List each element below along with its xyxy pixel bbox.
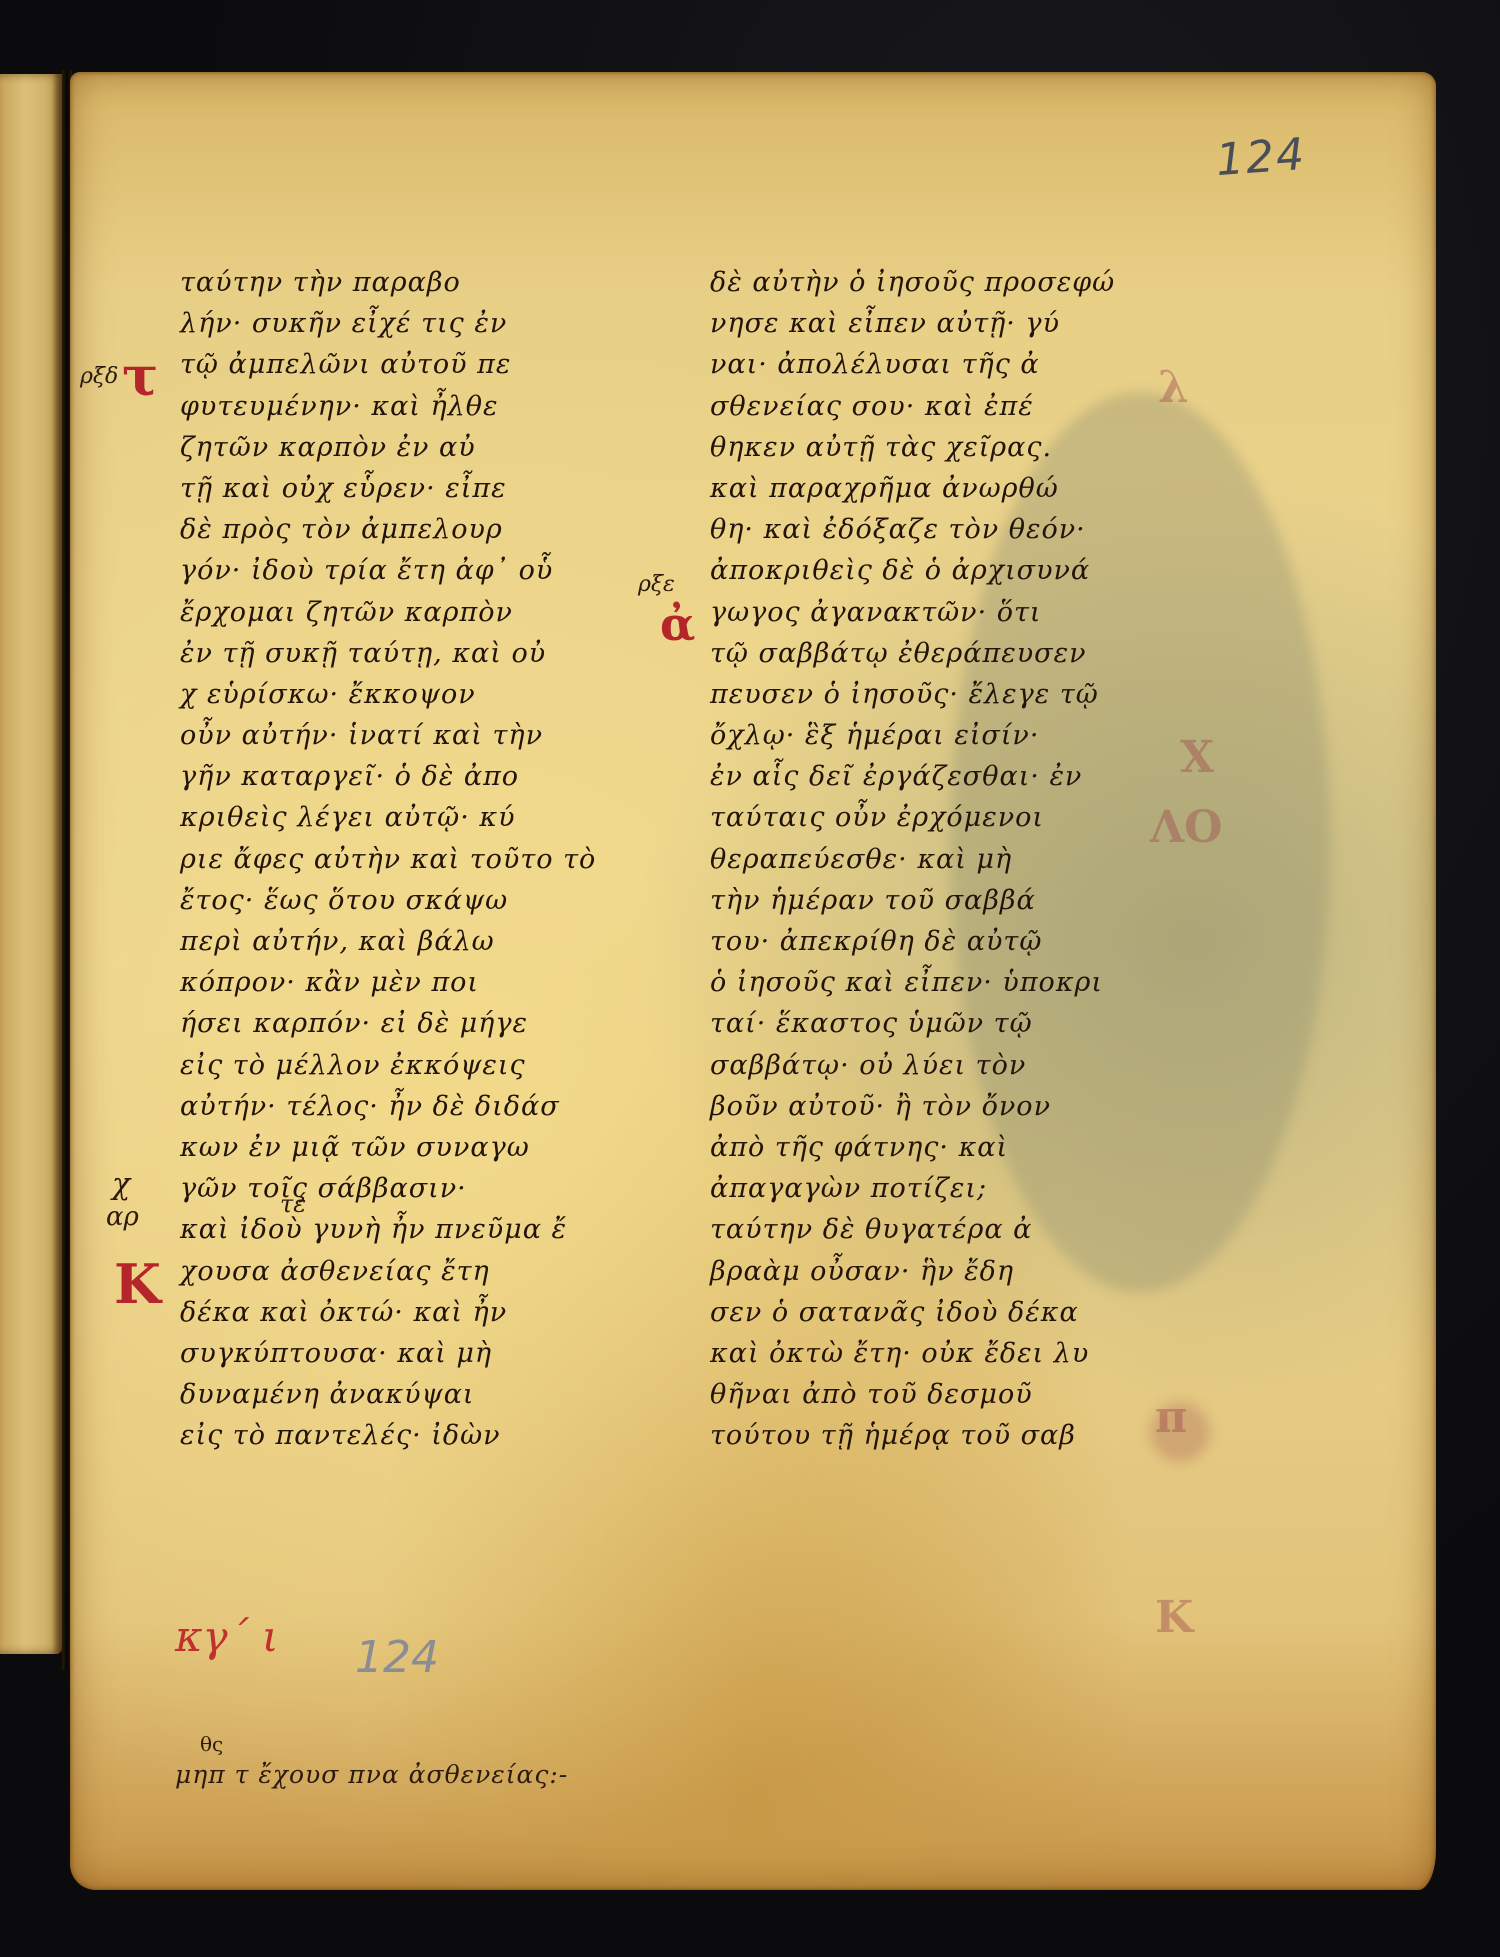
text-line: σθενείας σου· καὶ ἐπέ xyxy=(710,386,1160,427)
text-line: σεν ὁ σατανᾶς ἰδοὺ δέκα xyxy=(710,1292,1160,1333)
text-line: χουσα ἀσθενείας ἔτη xyxy=(180,1251,630,1292)
text-line: ἐν αἷς δεῖ ἐργάζεσθαι· ἐν xyxy=(710,756,1160,797)
text-line: ταύταις οὖν ἐρχόμενοι xyxy=(710,797,1160,838)
folio-number: 124 xyxy=(1214,129,1307,186)
text-line: ταύτην δὲ θυγατέρα ἀ xyxy=(710,1209,1160,1250)
text-line: ὁ ἰησοῦς καὶ εἶπεν· ὑποκρι xyxy=(710,962,1160,1003)
section-number-note: ρξε xyxy=(638,572,675,597)
faded-rubric: λ xyxy=(1158,362,1189,413)
text-line: τῷ σαββάτῳ ἐθεράπευσεν xyxy=(710,633,1160,674)
text-line: οὖν αὐτήν· ἱνατί καὶ τὴν xyxy=(180,715,630,756)
text-line: ήσει καρπόν· εἰ δὲ μήγε xyxy=(180,1003,630,1044)
colophon-line: μηπ τ ἔχουσ πνα ἀσθενείας:- xyxy=(175,1760,568,1789)
rubric-initial: τ xyxy=(122,344,158,408)
rubric-initial: Κ xyxy=(114,1252,161,1316)
text-line: ἀπαγαγὼν ποτίζει; xyxy=(710,1168,1160,1209)
text-line: ταί· ἕκαστος ὑμῶν τῷ xyxy=(710,1003,1160,1044)
text-line: δυναμένη ἀνακύψαι xyxy=(180,1374,630,1415)
text-line: φυτευμένην· καὶ ἦλθε xyxy=(180,386,630,427)
text-line: τούτου τῇ ἡμέρᾳ τοῦ σαβ xyxy=(710,1415,1160,1456)
text-line: τὴν ἡμέραν τοῦ σαββά xyxy=(710,880,1160,921)
facing-page-edge xyxy=(0,74,62,1654)
text-line: ἐν τῇ συκῇ ταύτῃ, καὶ οὐ xyxy=(180,633,630,674)
text-line: συγκύπτουσα· καὶ μὴ xyxy=(180,1333,630,1374)
colophon-superscript: θς xyxy=(200,1732,223,1756)
text-line: ζητῶν καρπὸν ἐν αὐ xyxy=(180,427,630,468)
text-line: νησε καὶ εἶπεν αὐτῇ· γύ xyxy=(710,303,1160,344)
rubric-margin-note: αρ xyxy=(106,1202,139,1232)
text-line: χ εὑρίσκω· ἔκκοψον xyxy=(180,674,630,715)
text-line: ναι· ἀπολέλυσαι τῆς ἀ xyxy=(710,344,1160,385)
text-line: πευσεν ὁ ἰησοῦς· ἔλεγε τῷ xyxy=(710,674,1160,715)
text-line: δὲ πρὸς τὸν ἀμπελουρ xyxy=(180,509,630,550)
text-line: ὄχλῳ· ἓξ ἡμέραι εἰσίν· xyxy=(710,715,1160,756)
pencil-folio-number: 124 xyxy=(355,1632,439,1683)
text-line: καὶ ὀκτὼ ἔτη· οὐκ ἔδει λυ xyxy=(710,1333,1160,1374)
text-line: γῶν τοῖς σάββασιν· xyxy=(180,1168,630,1209)
text-line: ριε ἄφες αὐτὴν καὶ τοῦτο τὸ xyxy=(180,839,630,880)
text-line: γωγος ἀγανακτῶν· ὅτι xyxy=(710,592,1160,633)
text-line: περὶ αὐτήν, καὶ βάλω xyxy=(180,921,630,962)
faded-rubric: ΛΟ xyxy=(1150,802,1222,853)
rubric-initial: ἀ xyxy=(660,597,695,651)
text-line: τῇ καὶ οὐχ εὗρεν· εἶπε xyxy=(180,468,630,509)
faded-rubric: Χ xyxy=(1180,732,1214,783)
text-line: βοῦν αὐτοῦ· ἢ τὸν ὄνον xyxy=(710,1086,1160,1127)
text-line: γῆν καταργεῖ· ὁ δὲ ἀπο xyxy=(180,756,630,797)
faded-rubric: π xyxy=(1155,1392,1187,1443)
text-line: αὐτήν· τέλος· ἦν δὲ διδάσ xyxy=(180,1086,630,1127)
text-line: βραὰμ οὖσαν· ἣν ἔδη xyxy=(710,1251,1160,1292)
rubric-margin-note: χ xyxy=(112,1167,130,1202)
text-line: δὲ αὐτὴν ὁ ἰησοῦς προσεφώ xyxy=(710,262,1160,303)
text-line: ἀποκριθεὶς δὲ ὁ ἀρχισυνά xyxy=(710,550,1160,591)
faded-rubric: Κ xyxy=(1155,1592,1193,1643)
text-line: εἰς τὸ παντελές· ἰδὼν xyxy=(180,1415,630,1456)
text-line: ταύτην τὴν παραβο xyxy=(180,262,630,303)
text-line: θεραπεύεσθε· καὶ μὴ xyxy=(710,839,1160,880)
text-line: ἀπὸ τῆς φάτνης· καὶ xyxy=(710,1127,1160,1168)
text-line: του· ἀπεκρίθη δὲ αὐτῷ xyxy=(710,921,1160,962)
text-line: καὶ παραχρῆμα ἀνωρθώ xyxy=(710,468,1160,509)
text-line: λήν· συκῆν εἶχέ τις ἐν xyxy=(180,303,630,344)
text-line: κριθεὶς λέγει αὐτῷ· κύ xyxy=(180,797,630,838)
text-line: ἔτος· ἕως ὅτου σκάψω xyxy=(180,880,630,921)
quire-signature: κγ΄ ι xyxy=(175,1612,278,1661)
text-column-right: δὲ αὐτὴν ὁ ἰησοῦς προσεφώ νησε καὶ εἶπεν… xyxy=(710,262,1160,1456)
text-line: τῷ ἀμπελῶνι αὐτοῦ πε xyxy=(180,344,630,385)
rubric-inline-mark: τέ xyxy=(280,1190,306,1218)
text-line: καὶ ἰδοὺ γυνὴ ἦν πνεῦμα ἔ xyxy=(180,1209,630,1250)
text-line: θῆναι ἀπὸ τοῦ δεσμοῦ xyxy=(710,1374,1160,1415)
text-line: θη· καὶ ἐδόξαζε τὸν θεόν· xyxy=(710,509,1160,550)
text-line: σαββάτῳ· οὐ λύει τὸν xyxy=(710,1045,1160,1086)
text-line: κων ἐν μιᾷ τῶν συναγω xyxy=(180,1127,630,1168)
manuscript-folio: 124 ταύτην τὴν παραβο λήν· συκῆν εἶχέ τι… xyxy=(70,72,1436,1890)
text-line: δέκα καὶ ὀκτώ· καὶ ἦν xyxy=(180,1292,630,1333)
text-line: κόπρον· κἂν μὲν ποι xyxy=(180,962,630,1003)
text-line: εἰς τὸ μέλλον ἐκκόψεις xyxy=(180,1045,630,1086)
text-line: ἔρχομαι ζητῶν καρπὸν xyxy=(180,592,630,633)
text-line: θηκεν αὐτῇ τὰς χεῖρας. xyxy=(710,427,1160,468)
section-number-note: ρξδ xyxy=(80,364,118,389)
text-line: γόν· ἰδοὺ τρία ἔτη ἀφ᾽ οὗ xyxy=(180,550,630,591)
text-column-left: ταύτην τὴν παραβο λήν· συκῆν εἶχέ τις ἐν… xyxy=(180,262,630,1456)
